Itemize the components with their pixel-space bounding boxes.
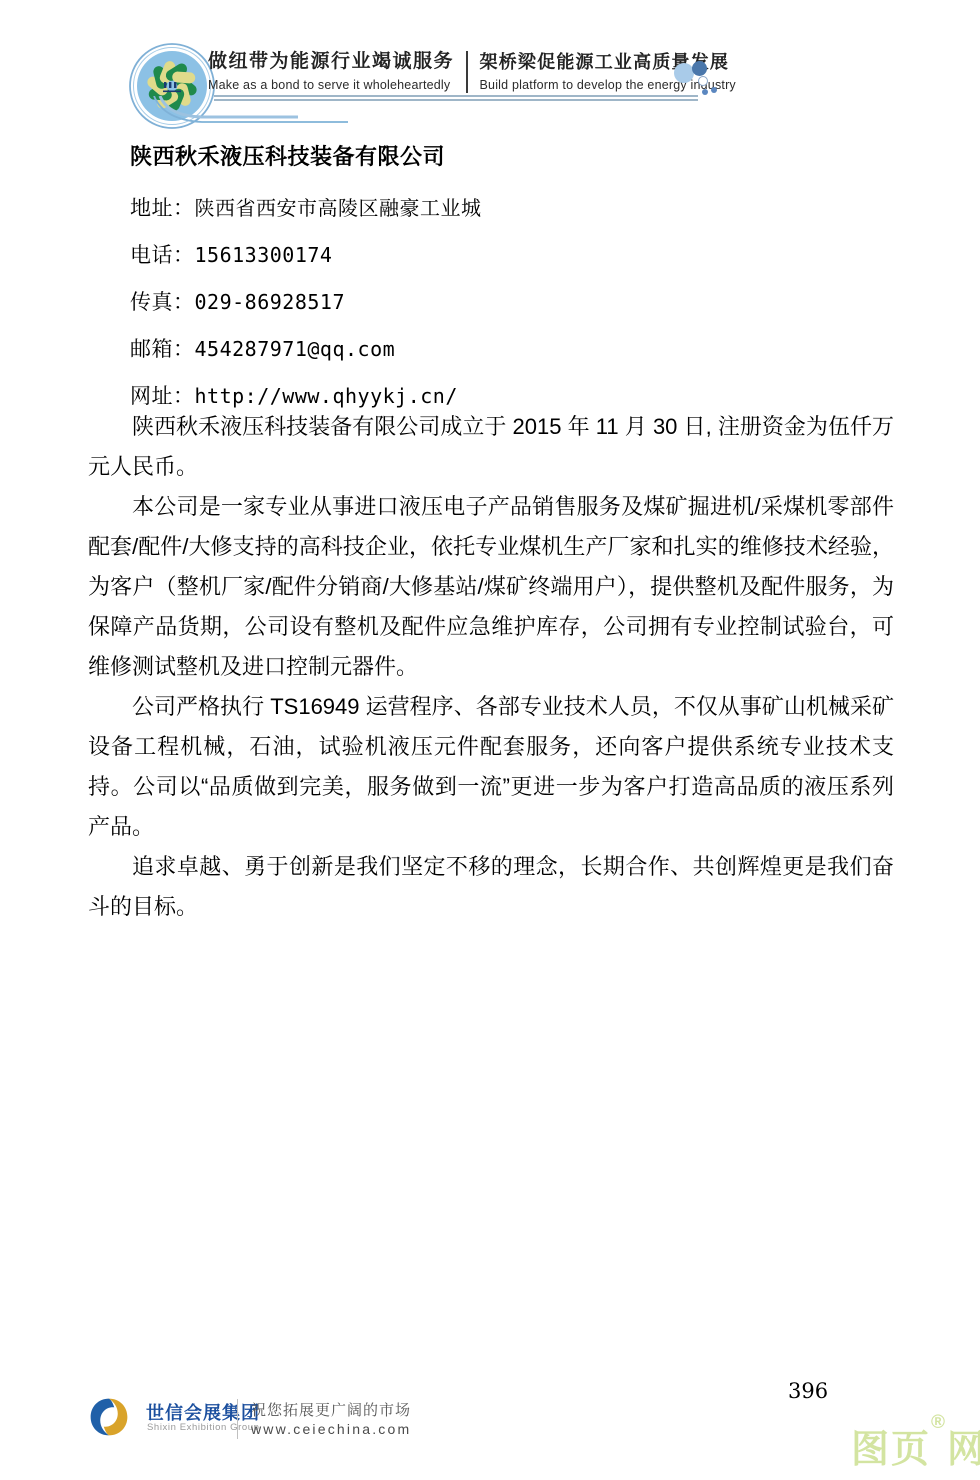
info-row-address: 地址：陕西省西安市高陵区融豪工业城 (130, 192, 870, 222)
footer-divider (237, 1399, 238, 1439)
decor-dot-light (674, 63, 694, 83)
page-number: 396 (788, 1379, 828, 1403)
decor-dot-small-1 (702, 89, 708, 95)
info-row-phone: 电话：15613300174 (130, 239, 870, 269)
header-swoosh-lines (140, 96, 370, 130)
paragraph-founding: 陕西秋禾液压科技装备有限公司成立于 2015 年 11 月 30 日, 注册资金… (88, 407, 894, 487)
slogan-block-1: 做纽带为能源行业竭诚服务 Make as a bond to serve it … (208, 50, 454, 92)
info-row-website: 网址：http://www.qhyykj.cn/ (130, 380, 870, 410)
info-row-email: 邮箱：454287971@qq.com (130, 333, 870, 363)
company-name: 陕西秋禾液压科技装备有限公司 (130, 140, 870, 171)
address-value: 陕西省西安市高陵区融豪工业城 (195, 196, 482, 220)
decor-dot-open (698, 76, 708, 86)
company-description: 陕西秋禾液压科技装备有限公司成立于 2015 年 11 月 30 日, 注册资金… (88, 407, 894, 927)
website-label: 网址： (130, 385, 195, 408)
watermark: 图页®网 (851, 1418, 980, 1473)
phone-value: 15613300174 (195, 243, 333, 267)
watermark-registered-mark: ® (931, 1412, 947, 1433)
address-label: 地址： (130, 197, 195, 220)
footer-website: www.ceiechina.com (251, 1421, 411, 1437)
shixin-group-logo-icon (88, 1396, 130, 1438)
footer-group-name-en: Shixin Exhibition Group (147, 1422, 260, 1433)
decor-dot-dark (692, 61, 707, 76)
slogan-1-en: Make as a bond to serve it wholeheartedl… (208, 78, 454, 92)
slogan-divider (466, 51, 468, 93)
header-slogans: 做纽带为能源行业竭诚服务 Make as a bond to serve it … (208, 50, 736, 93)
paragraph-quality: 公司严格执行 TS16949 运营程序、各部专业技术人员，不仅从事矿山机械采矿设… (88, 687, 894, 847)
company-info-block: 陕西秋禾液压科技装备有限公司 地址：陕西省西安市高陵区融豪工业城 电话：1561… (130, 140, 870, 427)
email-label: 邮箱： (130, 338, 195, 361)
email-value: 454287971@qq.com (195, 337, 396, 361)
info-row-fax: 传真：029-86928517 (130, 286, 870, 316)
watermark-right: 网 (947, 1429, 980, 1471)
paragraph-business: 本公司是一家专业从事进口液压电子产品销售服务及煤矿掘进机/采煤机零部件配套/配件… (88, 487, 894, 687)
slogan-1-zh: 做纽带为能源行业竭诚服务 (208, 50, 454, 74)
catalog-page: { "header": { "slogans": [ { "zh": "做纽带为… (0, 0, 980, 1480)
paragraph-vision: 追求卓越、勇于创新是我们坚定不移的理念，长期合作、共创辉煌更是我们奋斗的目标。 (88, 847, 894, 927)
decor-dot-small-2 (711, 87, 717, 93)
fax-value: 029-86928517 (195, 290, 346, 314)
watermark-left: 图页 (851, 1429, 931, 1471)
fax-label: 传真： (130, 291, 195, 314)
website-value: http://www.qhyykj.cn/ (195, 384, 458, 408)
phone-label: 电话： (130, 244, 195, 267)
footer-tagline: 祝您拓展更广阔的市场 (251, 1399, 411, 1420)
